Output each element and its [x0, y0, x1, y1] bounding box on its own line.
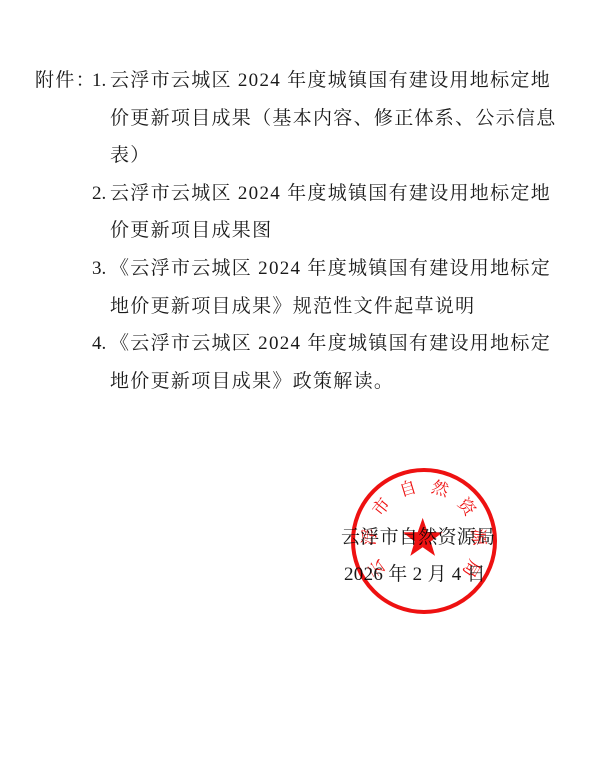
seal-char: 资 — [454, 495, 479, 520]
attachment-item-line: 价更新项目成果（基本内容、修正体系、公示信息 — [110, 100, 557, 138]
seal-char: 自 — [397, 478, 420, 501]
attachment-item-line: 地价更新项目成果》规范性文件起草说明 — [110, 288, 551, 326]
signature-date: 2026 年 2 月 4 日 — [344, 559, 486, 586]
attachment-item-4: 4. 《云浮市云城区 2024 年度城镇国有建设用地标定 地价更新项目成果》政策… — [92, 325, 557, 400]
document-page: 附件： 1. 云浮市云城区 2024 年度城镇国有建设用地标定地 价更新项目成果… — [0, 0, 591, 773]
attachment-list: 附件： 1. 云浮市云城区 2024 年度城镇国有建设用地标定地 价更新项目成果… — [35, 62, 557, 400]
attachment-item-3: 3. 《云浮市云城区 2024 年度城镇国有建设用地标定 地价更新项目成果》规范… — [92, 250, 557, 325]
attachment-item-line: 地价更新项目成果》政策解读。 — [110, 363, 551, 401]
attachment-item-2: 2. 云浮市云城区 2024 年度城镇国有建设用地标定地 价更新项目成果图 — [92, 175, 557, 250]
attachment-item-line: 价更新项目成果图 — [110, 212, 551, 250]
attachment-item-line: 云浮市云城区 2024 年度城镇国有建设用地标定地 — [110, 175, 551, 213]
attachment-item-1: 1. 云浮市云城区 2024 年度城镇国有建设用地标定地 价更新项目成果（基本内… — [92, 62, 557, 175]
attachment-item-number: 2. — [92, 175, 110, 213]
seal-char: 市 — [369, 495, 394, 520]
attachment-label: 附件： — [35, 62, 92, 100]
attachment-item-line: 表） — [110, 137, 557, 175]
attachment-item-line: 云浮市云城区 2024 年度城镇国有建设用地标定地 — [110, 62, 557, 100]
attachment-item-line: 《云浮市云城区 2024 年度城镇国有建设用地标定 — [110, 325, 551, 363]
agency-signature: 云浮市自然资源局 — [341, 522, 495, 549]
attachment-item-line: 《云浮市云城区 2024 年度城镇国有建设用地标定 — [110, 250, 551, 288]
attachment-items: 1. 云浮市云城区 2024 年度城镇国有建设用地标定地 价更新项目成果（基本内… — [92, 62, 557, 400]
seal-char: 然 — [429, 478, 452, 501]
attachment-item-number: 3. — [92, 250, 110, 288]
attachment-item-number: 1. — [92, 62, 110, 100]
attachment-item-number: 4. — [92, 325, 110, 363]
